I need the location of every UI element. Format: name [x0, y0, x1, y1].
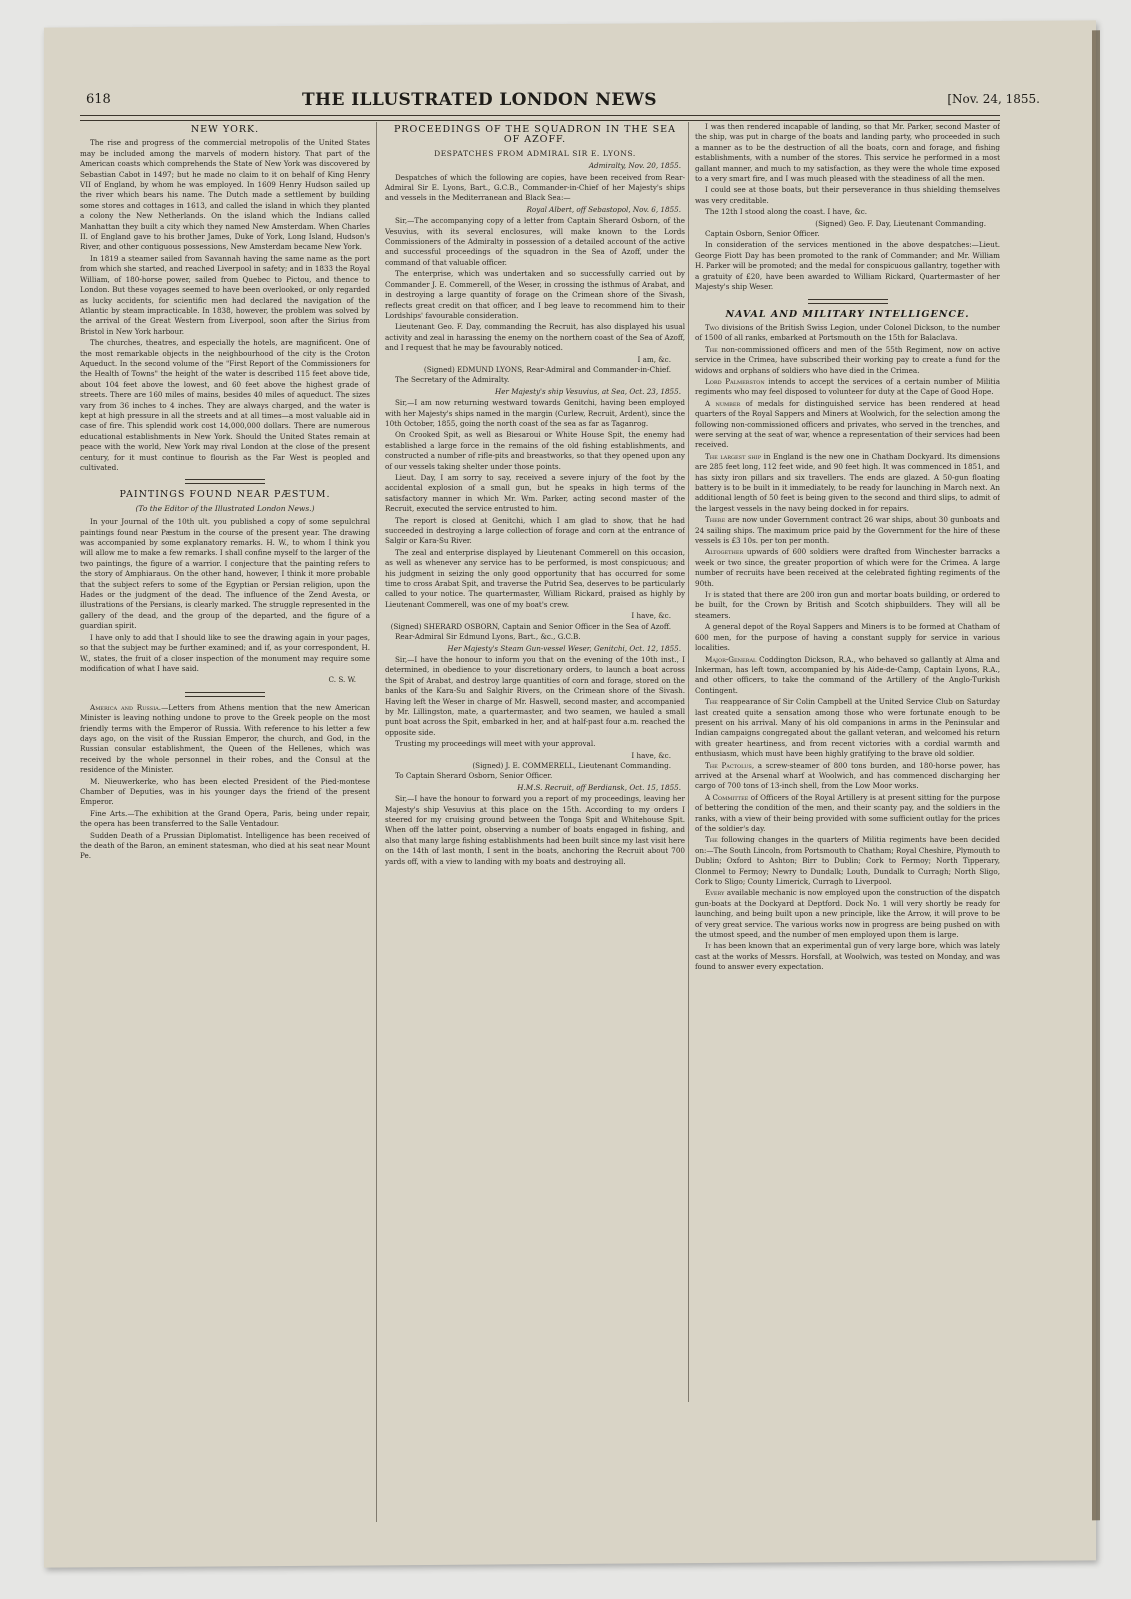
news-item: The reappearance of Sir Colin Campbell a… [695, 697, 1000, 759]
article-paragraph: I have only to add that I should like to… [80, 633, 370, 675]
paragraph-lead: The Pactolus, [705, 761, 754, 770]
news-item: Two divisions of the British Swiss Legio… [695, 323, 1000, 344]
news-item: A Committee of Officers of the Royal Art… [695, 793, 1000, 835]
addressee: Rear-Admiral Sir Edmund Lyons, Bart., &c… [385, 632, 685, 642]
article-paragraph: The rise and progress of the commercial … [80, 138, 370, 252]
addressee: To Captain Sherard Osborn, Senior Office… [385, 771, 685, 781]
column-2: PROCEEDINGS OF THE SQUADRON IN THE SEA O… [385, 122, 685, 1412]
article-subheading: DESPATCHES FROM ADMIRAL SIR E. LYONS. [385, 149, 685, 159]
article-paragraph: M. Nieuwerkerke, who has been elected Pr… [80, 777, 370, 808]
article-paragraph: The report is closed at Genitchi, which … [385, 516, 685, 547]
paragraph-lead: A number [705, 399, 740, 408]
paragraph-lead: Lord Palmerston [705, 377, 765, 386]
signer: (Signed) Geo. F. Day, Lieutenant Command… [695, 219, 1000, 229]
page-number: 618 [86, 92, 111, 107]
article-subheading: (To the Editor of the Illustrated London… [80, 504, 370, 514]
dateline: Her Majesty's ship Vesuvius, at Sea, Oct… [385, 387, 681, 397]
article-paragraph: America and Russia.—Letters from Athens … [80, 703, 370, 776]
article-paragraph: Sir,—The accompanying copy of a letter f… [385, 216, 685, 268]
column-divider-1 [376, 122, 377, 1522]
paragraph-lead: The [705, 697, 718, 706]
dateline: Admiralty, Nov. 20, 1855. [385, 161, 681, 171]
masthead: 618 THE ILLUSTRATED LONDON NEWS [Nov. 24… [70, 92, 970, 112]
article-paragraph: The 12th I stood along the coast. I have… [695, 207, 1000, 217]
paragraph-text: of medals for distinguished service has … [695, 399, 1000, 450]
news-item: The following changes in the quarters of… [695, 835, 1000, 887]
news-item: It is stated that there are 200 iron gun… [695, 590, 1000, 621]
paragraph-lead: Two [705, 323, 719, 332]
page-edge-shadow [1092, 30, 1100, 1520]
dateline: Her Majesty's Steam Gun-vessel Weser, Ge… [385, 644, 681, 654]
paragraph-lead: Altogether [705, 547, 743, 556]
paragraph-lead: The [705, 345, 718, 354]
news-item: The Pactolus, a screw-steamer of 800 ton… [695, 761, 1000, 792]
article-paragraph: The churches, theatres, and especially t… [80, 338, 370, 473]
article-paragraph: Lieut. Day, I am sorry to say, received … [385, 473, 685, 515]
paragraph-lead: The largest ship [705, 452, 761, 461]
section-divider [185, 692, 265, 697]
paragraph-text: has been known that an experimental gun … [695, 941, 1000, 971]
masthead-rule [80, 115, 1000, 121]
news-item: A general depot of the Royal Sappers and… [695, 622, 1000, 653]
section-divider [185, 479, 265, 484]
paragraph-lead: It [705, 590, 711, 599]
article-heading-new-york: NEW YORK. [80, 125, 370, 135]
article-paragraph: In consideration of the services mention… [695, 240, 1000, 292]
dateline: Royal Albert, off Sebastopol, Nov. 6, 18… [385, 205, 681, 215]
news-item: The largest ship in England is the new o… [695, 452, 1000, 514]
paragraph-text: general depot of the Royal Sappers and M… [695, 622, 1000, 652]
paragraph-lead: America and Russia. [90, 703, 161, 712]
article-heading-paestum: PAINTINGS FOUND NEAR PÆSTUM. [80, 490, 370, 500]
signoff: I am, &c. [385, 355, 685, 365]
publication-title: THE ILLUSTRATED LONDON NEWS [302, 90, 657, 110]
article-paragraph: In your Journal of the 10th ult. you pub… [80, 517, 370, 631]
column-divider-2 [688, 122, 689, 1402]
article-paragraph: Lieutenant Geo. F. Day, commanding the R… [385, 322, 685, 353]
paragraph-text: available mechanic is now employed upon … [695, 888, 1000, 939]
news-item: Lord Palmerston intends to accept the se… [695, 377, 1000, 398]
column-1: NEW YORK. The rise and progress of the c… [80, 122, 370, 1522]
article-paragraph: Sir,—I am now returning westward towards… [385, 398, 685, 429]
article-heading-squadron: PROCEEDINGS OF THE SQUADRON IN THE SEA O… [385, 125, 685, 146]
signer: (Signed) EDMUND LYONS, Rear-Admiral and … [385, 365, 685, 375]
article-paragraph: Despatches of which the following are co… [385, 173, 685, 204]
article-paragraph: I could see at those boats, but their pe… [695, 185, 1000, 206]
paragraph-text: divisions of the British Swiss Legion, u… [695, 323, 1000, 342]
dateline: H.M.S. Recruit, off Berdiansk, Oct. 15, … [385, 783, 681, 793]
article-heading-naval-military: NAVAL AND MILITARY INTELLIGENCE. [695, 310, 1000, 320]
article-signature: C. S. W. [80, 675, 370, 685]
signer: (Signed) J. E. COMMERELL, Lieutenant Com… [385, 761, 685, 771]
article-paragraph: I was then rendered incapable of landing… [695, 122, 1000, 184]
article-paragraph: The enterprise, which was undertaken and… [385, 269, 685, 321]
article-paragraph: Sir,—I have the honour to inform you tha… [385, 655, 685, 738]
signoff: I have, &c. [385, 751, 685, 761]
paragraph-lead: A [705, 622, 710, 631]
news-item: It has been known that an experimental g… [695, 941, 1000, 972]
paragraph-lead: The [705, 835, 718, 844]
news-item: Major-General Coddington Dickson, R.A., … [695, 655, 1000, 697]
article-paragraph: Sudden Death of a Prussian Diplomatist. … [80, 831, 370, 862]
news-item: Altogether upwards of 600 soldiers were … [695, 547, 1000, 589]
paragraph-lead: A Committee [705, 793, 748, 802]
article-paragraph: In 1819 a steamer sailed from Savannah h… [80, 254, 370, 337]
paragraph-lead: Major-General [705, 655, 756, 664]
column-3: I was then rendered incapable of landing… [695, 122, 1000, 1202]
article-paragraph: Fine Arts.—The exhibition at the Grand O… [80, 809, 370, 830]
signer: (Signed) SHERARD OSBORN, Captain and Sen… [385, 622, 685, 632]
paragraph-lead: There [705, 515, 725, 524]
paragraph-text: non-commissioned officers and men of the… [695, 345, 1000, 375]
article-paragraph: Trusting my proceedings will meet with y… [385, 739, 685, 749]
news-item: A number of medals for distinguished ser… [695, 399, 1000, 451]
news-item: The non-commissioned officers and men of… [695, 345, 1000, 376]
article-paragraph: Sir,—I have the honour to forward you a … [385, 794, 685, 867]
news-item: Every available mechanic is now employed… [695, 888, 1000, 940]
addressee: Captain Osborn, Senior Officer. [695, 229, 1000, 239]
paragraph-text: —Letters from Athens mention that the ne… [80, 703, 370, 774]
article-paragraph: On Crooked Spit, as well as Biesaroui or… [385, 430, 685, 472]
article-paragraph: The zeal and enterprise displayed by Lie… [385, 548, 685, 610]
section-divider [808, 299, 888, 304]
paragraph-lead: Every [705, 888, 724, 897]
paragraph-text: reappearance of Sir Colin Campbell at th… [695, 697, 1000, 758]
paragraph-text: are now under Government contract 26 war… [695, 515, 1000, 545]
issue-date: [Nov. 24, 1855. [947, 92, 1040, 106]
paragraph-text: following changes in the quarters of Mil… [695, 835, 1000, 886]
news-item: There are now under Government contract … [695, 515, 1000, 546]
paragraph-lead: It [705, 941, 711, 950]
signoff: I have, &c. [385, 611, 685, 621]
paragraph-text: is stated that there are 200 iron gun an… [695, 590, 1000, 620]
addressee: The Secretary of the Admiralty. [385, 375, 685, 385]
